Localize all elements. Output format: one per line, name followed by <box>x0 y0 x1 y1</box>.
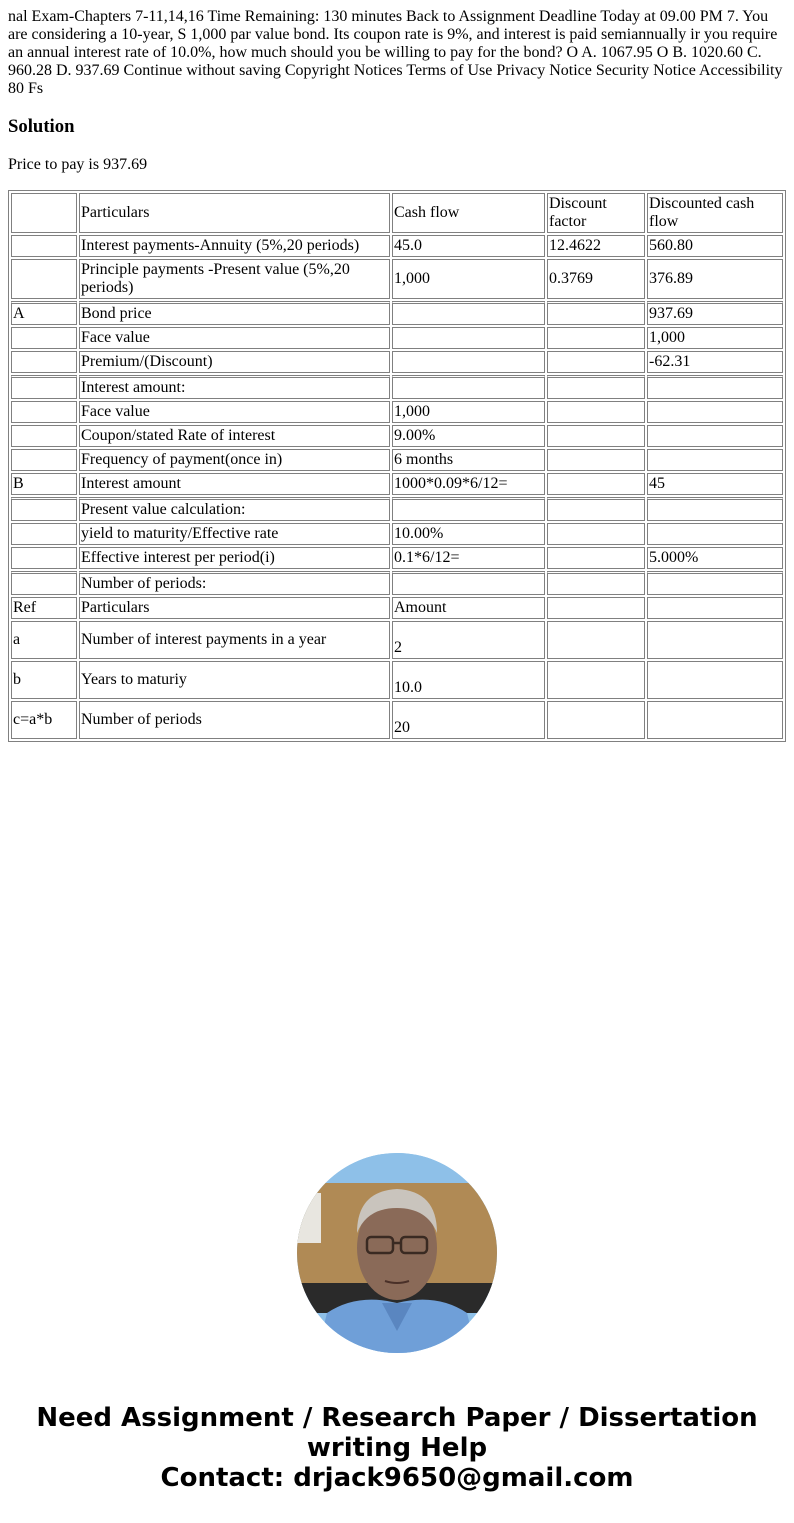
table-section: Number of periods:RefParticularsAmountaN… <box>11 571 783 739</box>
table-cell <box>547 571 645 595</box>
table-row: Interest payments-Annuity (5%,20 periods… <box>11 235 783 257</box>
author-portrait-icon <box>297 1153 497 1353</box>
promo-line-3: Contact: drjack9650@gmail.com <box>0 1463 794 1493</box>
promo-line-1: Need Assignment / Research Paper / Disse… <box>0 1403 794 1433</box>
table-row: Coupon/stated Rate of interest9.00% <box>11 425 783 447</box>
table-cell: b <box>11 661 77 699</box>
table-cell: 560.80 <box>647 235 783 257</box>
table-cell <box>11 235 77 257</box>
table-cell: 5.000% <box>647 547 783 569</box>
table-cell: 1,000 <box>647 327 783 349</box>
table-section: ABond price937.69Face value1,000Premium/… <box>11 301 783 373</box>
table-cell <box>11 375 77 399</box>
table-cell <box>392 571 545 595</box>
table-cell: Years to maturiy <box>79 661 390 699</box>
table-row: Face value1,000 <box>11 327 783 349</box>
table-cell <box>547 523 645 545</box>
table-cell <box>647 597 783 619</box>
table-cell <box>547 621 645 659</box>
table-cell: 10.0 <box>392 661 545 699</box>
table-cell: Discounted cash flow <box>647 193 783 233</box>
table-row: c=a*bNumber of periods20 <box>11 701 783 739</box>
table-cell <box>647 523 783 545</box>
question-text: nal Exam-Chapters 7-11,14,16 Time Remain… <box>8 8 786 98</box>
table-cell: Face value <box>79 401 390 423</box>
table-cell <box>11 193 77 233</box>
table-cell: 1,000 <box>392 401 545 423</box>
table-cell: Number of periods: <box>79 571 390 595</box>
table-cell: -62.31 <box>647 351 783 373</box>
table-cell: Face value <box>79 327 390 349</box>
table-cell: 1,000 <box>392 259 545 299</box>
table-cell <box>647 701 783 739</box>
table-cell <box>392 375 545 399</box>
table-cell: 45.0 <box>392 235 545 257</box>
table-cell <box>547 547 645 569</box>
table-cell <box>647 661 783 699</box>
table-cell <box>647 449 783 471</box>
table-cell <box>11 571 77 595</box>
table-cell <box>647 401 783 423</box>
table-cell: 2 <box>392 621 545 659</box>
table-cell: Principle payments -Present value (5%,20… <box>79 259 390 299</box>
table-cell: a <box>11 621 77 659</box>
table-cell <box>547 449 645 471</box>
table-cell: Cash flow <box>392 193 545 233</box>
table-cell: 10.00% <box>392 523 545 545</box>
table-cell: Interest amount: <box>79 375 390 399</box>
promo-line-2: writing Help <box>0 1433 794 1463</box>
table-cell: yield to maturity/Effective rate <box>79 523 390 545</box>
table-cell <box>547 701 645 739</box>
table-cell: Premium/(Discount) <box>79 351 390 373</box>
table-cell: 0.3769 <box>547 259 645 299</box>
table-cell <box>392 497 545 521</box>
table-cell <box>547 351 645 373</box>
table-cell <box>11 401 77 423</box>
table-row: Number of periods: <box>11 571 783 595</box>
table-cell <box>392 301 545 325</box>
table-cell: 1000*0.09*6/12= <box>392 473 545 495</box>
table-cell: Number of periods <box>79 701 390 739</box>
table-cell <box>547 497 645 521</box>
table-cell <box>11 351 77 373</box>
table-cell: Coupon/stated Rate of interest <box>79 425 390 447</box>
table-cell <box>392 327 545 349</box>
solution-answer: Price to pay is 937.69 <box>8 156 786 174</box>
table-row: RefParticularsAmount <box>11 597 783 619</box>
table-row: ABond price937.69 <box>11 301 783 325</box>
table-cell: Number of interest payments in a year <box>79 621 390 659</box>
table-cell <box>547 301 645 325</box>
table-section: Interest amount:Face value1,000Coupon/st… <box>11 375 783 495</box>
table-section: ParticularsCash flowDiscount factorDisco… <box>11 193 783 299</box>
table-cell <box>547 327 645 349</box>
table-cell <box>547 473 645 495</box>
table-cell: Present value calculation: <box>79 497 390 521</box>
table-cell: Particulars <box>79 597 390 619</box>
table-cell <box>11 449 77 471</box>
table-cell: 12.4622 <box>547 235 645 257</box>
table-cell <box>647 571 783 595</box>
table-cell: Effective interest per period(i) <box>79 547 390 569</box>
table-cell: Ref <box>11 597 77 619</box>
table-cell <box>11 497 77 521</box>
table-cell: Discount factor <box>547 193 645 233</box>
table-cell: 937.69 <box>647 301 783 325</box>
table-cell <box>547 597 645 619</box>
table-cell: B <box>11 473 77 495</box>
table-row: Principle payments -Present value (5%,20… <box>11 259 783 299</box>
table-row: bYears to maturiy10.0 <box>11 661 783 699</box>
table-cell: Particulars <box>79 193 390 233</box>
table-cell: Frequency of payment(once in) <box>79 449 390 471</box>
table-row: Interest amount: <box>11 375 783 399</box>
table-cell: 6 months <box>392 449 545 471</box>
table-row: aNumber of interest payments in a year2 <box>11 621 783 659</box>
table-cell: Bond price <box>79 301 390 325</box>
table-cell <box>547 661 645 699</box>
contact-promo: Need Assignment / Research Paper / Disse… <box>0 1403 794 1493</box>
table-cell: 20 <box>392 701 545 739</box>
table-cell <box>647 621 783 659</box>
table-cell <box>11 425 77 447</box>
table-cell <box>547 401 645 423</box>
table-cell: 0.1*6/12= <box>392 547 545 569</box>
table-row: Frequency of payment(once in)6 months <box>11 449 783 471</box>
table-cell <box>11 327 77 349</box>
table-cell: 376.89 <box>647 259 783 299</box>
table-cell <box>11 523 77 545</box>
bond-valuation-table: ParticularsCash flowDiscount factorDisco… <box>8 190 786 742</box>
table-row: Present value calculation: <box>11 497 783 521</box>
table-row: Premium/(Discount)-62.31 <box>11 351 783 373</box>
table-cell: Amount <box>392 597 545 619</box>
table-cell <box>547 425 645 447</box>
table-cell: Interest amount <box>79 473 390 495</box>
table-cell: c=a*b <box>11 701 77 739</box>
page-content: nal Exam-Chapters 7-11,14,16 Time Remain… <box>0 0 794 742</box>
table-cell: 45 <box>647 473 783 495</box>
table-cell <box>11 547 77 569</box>
table-cell <box>392 351 545 373</box>
table-cell <box>547 375 645 399</box>
table-row: Face value1,000 <box>11 401 783 423</box>
table-cell <box>647 497 783 521</box>
table-section: Present value calculation:yield to matur… <box>11 497 783 569</box>
table-cell: A <box>11 301 77 325</box>
table-row: BInterest amount1000*0.09*6/12=45 <box>11 473 783 495</box>
table-row: Effective interest per period(i)0.1*6/12… <box>11 547 783 569</box>
solution-heading: Solution <box>8 116 786 138</box>
table-cell <box>647 425 783 447</box>
table-cell: 9.00% <box>392 425 545 447</box>
table-row: yield to maturity/Effective rate10.00% <box>11 523 783 545</box>
table-row: ParticularsCash flowDiscount factorDisco… <box>11 193 783 233</box>
author-avatar <box>297 1153 497 1353</box>
table-cell: Interest payments-Annuity (5%,20 periods… <box>79 235 390 257</box>
table-cell <box>647 375 783 399</box>
table-cell <box>11 259 77 299</box>
